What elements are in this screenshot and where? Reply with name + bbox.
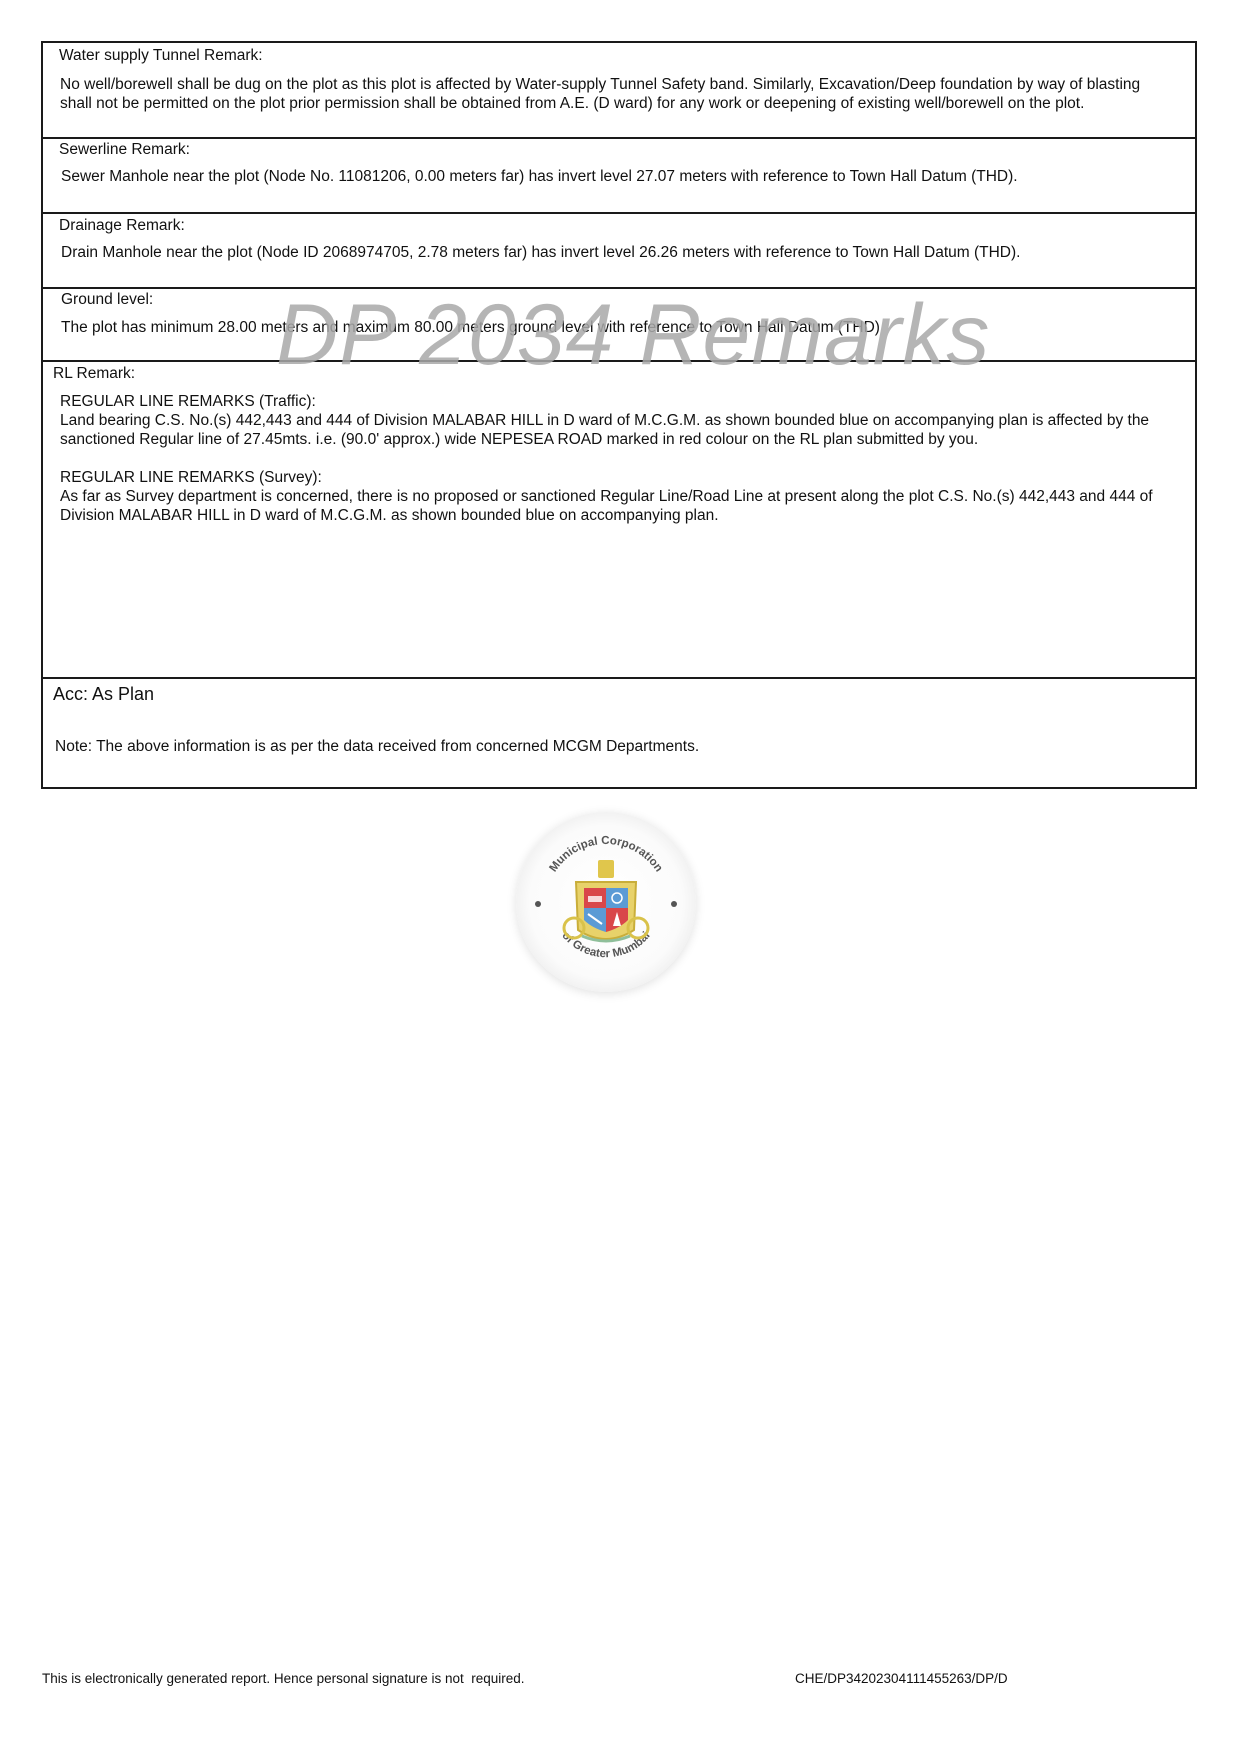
rl-remark-label: RL Remark: bbox=[53, 365, 135, 383]
mcgm-seal-icon: Municipal Corporation of Greater Mumbai bbox=[516, 812, 696, 992]
drainage-remark-row: Drainage Remark: Drain Manhole near the … bbox=[43, 214, 1195, 289]
sewerline-remark-text: Sewer Manhole near the plot (Node No. 11… bbox=[61, 167, 1167, 186]
drainage-remark-label: Drainage Remark: bbox=[59, 217, 185, 235]
rl-survey-heading: REGULAR LINE REMARKS (Survey): bbox=[60, 468, 1171, 487]
footer-reference-number: CHE/DP34202304111455263/DP/D bbox=[795, 1671, 1008, 1687]
drainage-remark-text: Drain Manhole near the plot (Node ID 206… bbox=[61, 243, 1167, 262]
water-supply-tunnel-remark-label: Water supply Tunnel Remark: bbox=[59, 47, 263, 65]
water-supply-tunnel-remark-text: No well/borewell shall be dug on the plo… bbox=[60, 75, 1167, 113]
sewerline-remark-label: Sewerline Remark: bbox=[59, 141, 190, 159]
seal-graphic: Municipal Corporation of Greater Mumbai bbox=[516, 812, 696, 992]
rl-remark-row: RL Remark: REGULAR LINE REMARKS (Traffic… bbox=[43, 362, 1195, 679]
footer-disclaimer: This is electronically generated report.… bbox=[42, 1671, 525, 1687]
sewerline-remark-row: Sewerline Remark: Sewer Manhole near the… bbox=[43, 139, 1195, 214]
rl-survey-text: As far as Survey department is concerned… bbox=[60, 487, 1171, 525]
rl-traffic-text: Land bearing C.S. No.(s) 442,443 and 444… bbox=[60, 411, 1171, 449]
ground-level-text: The plot has minimum 28.00 meters and ma… bbox=[61, 318, 1167, 337]
acc-label: Acc: As Plan bbox=[53, 683, 154, 705]
rl-traffic-remarks: REGULAR LINE REMARKS (Traffic): Land bea… bbox=[60, 392, 1171, 449]
rl-traffic-heading: REGULAR LINE REMARKS (Traffic): bbox=[60, 392, 1171, 411]
water-supply-tunnel-remark-row: Water supply Tunnel Remark: No well/bore… bbox=[43, 43, 1195, 139]
ground-level-row: Ground level: The plot has minimum 28.00… bbox=[43, 289, 1195, 362]
ground-level-label: Ground level: bbox=[61, 291, 153, 309]
report-page: Water supply Tunnel Remark: No well/bore… bbox=[0, 0, 1240, 1755]
rl-survey-remarks: REGULAR LINE REMARKS (Survey): As far as… bbox=[60, 468, 1171, 525]
remarks-table: Water supply Tunnel Remark: No well/bore… bbox=[41, 41, 1197, 789]
acc-row: Acc: As Plan Note: The above information… bbox=[43, 679, 1195, 787]
departments-note: Note: The above information is as per th… bbox=[55, 737, 699, 756]
